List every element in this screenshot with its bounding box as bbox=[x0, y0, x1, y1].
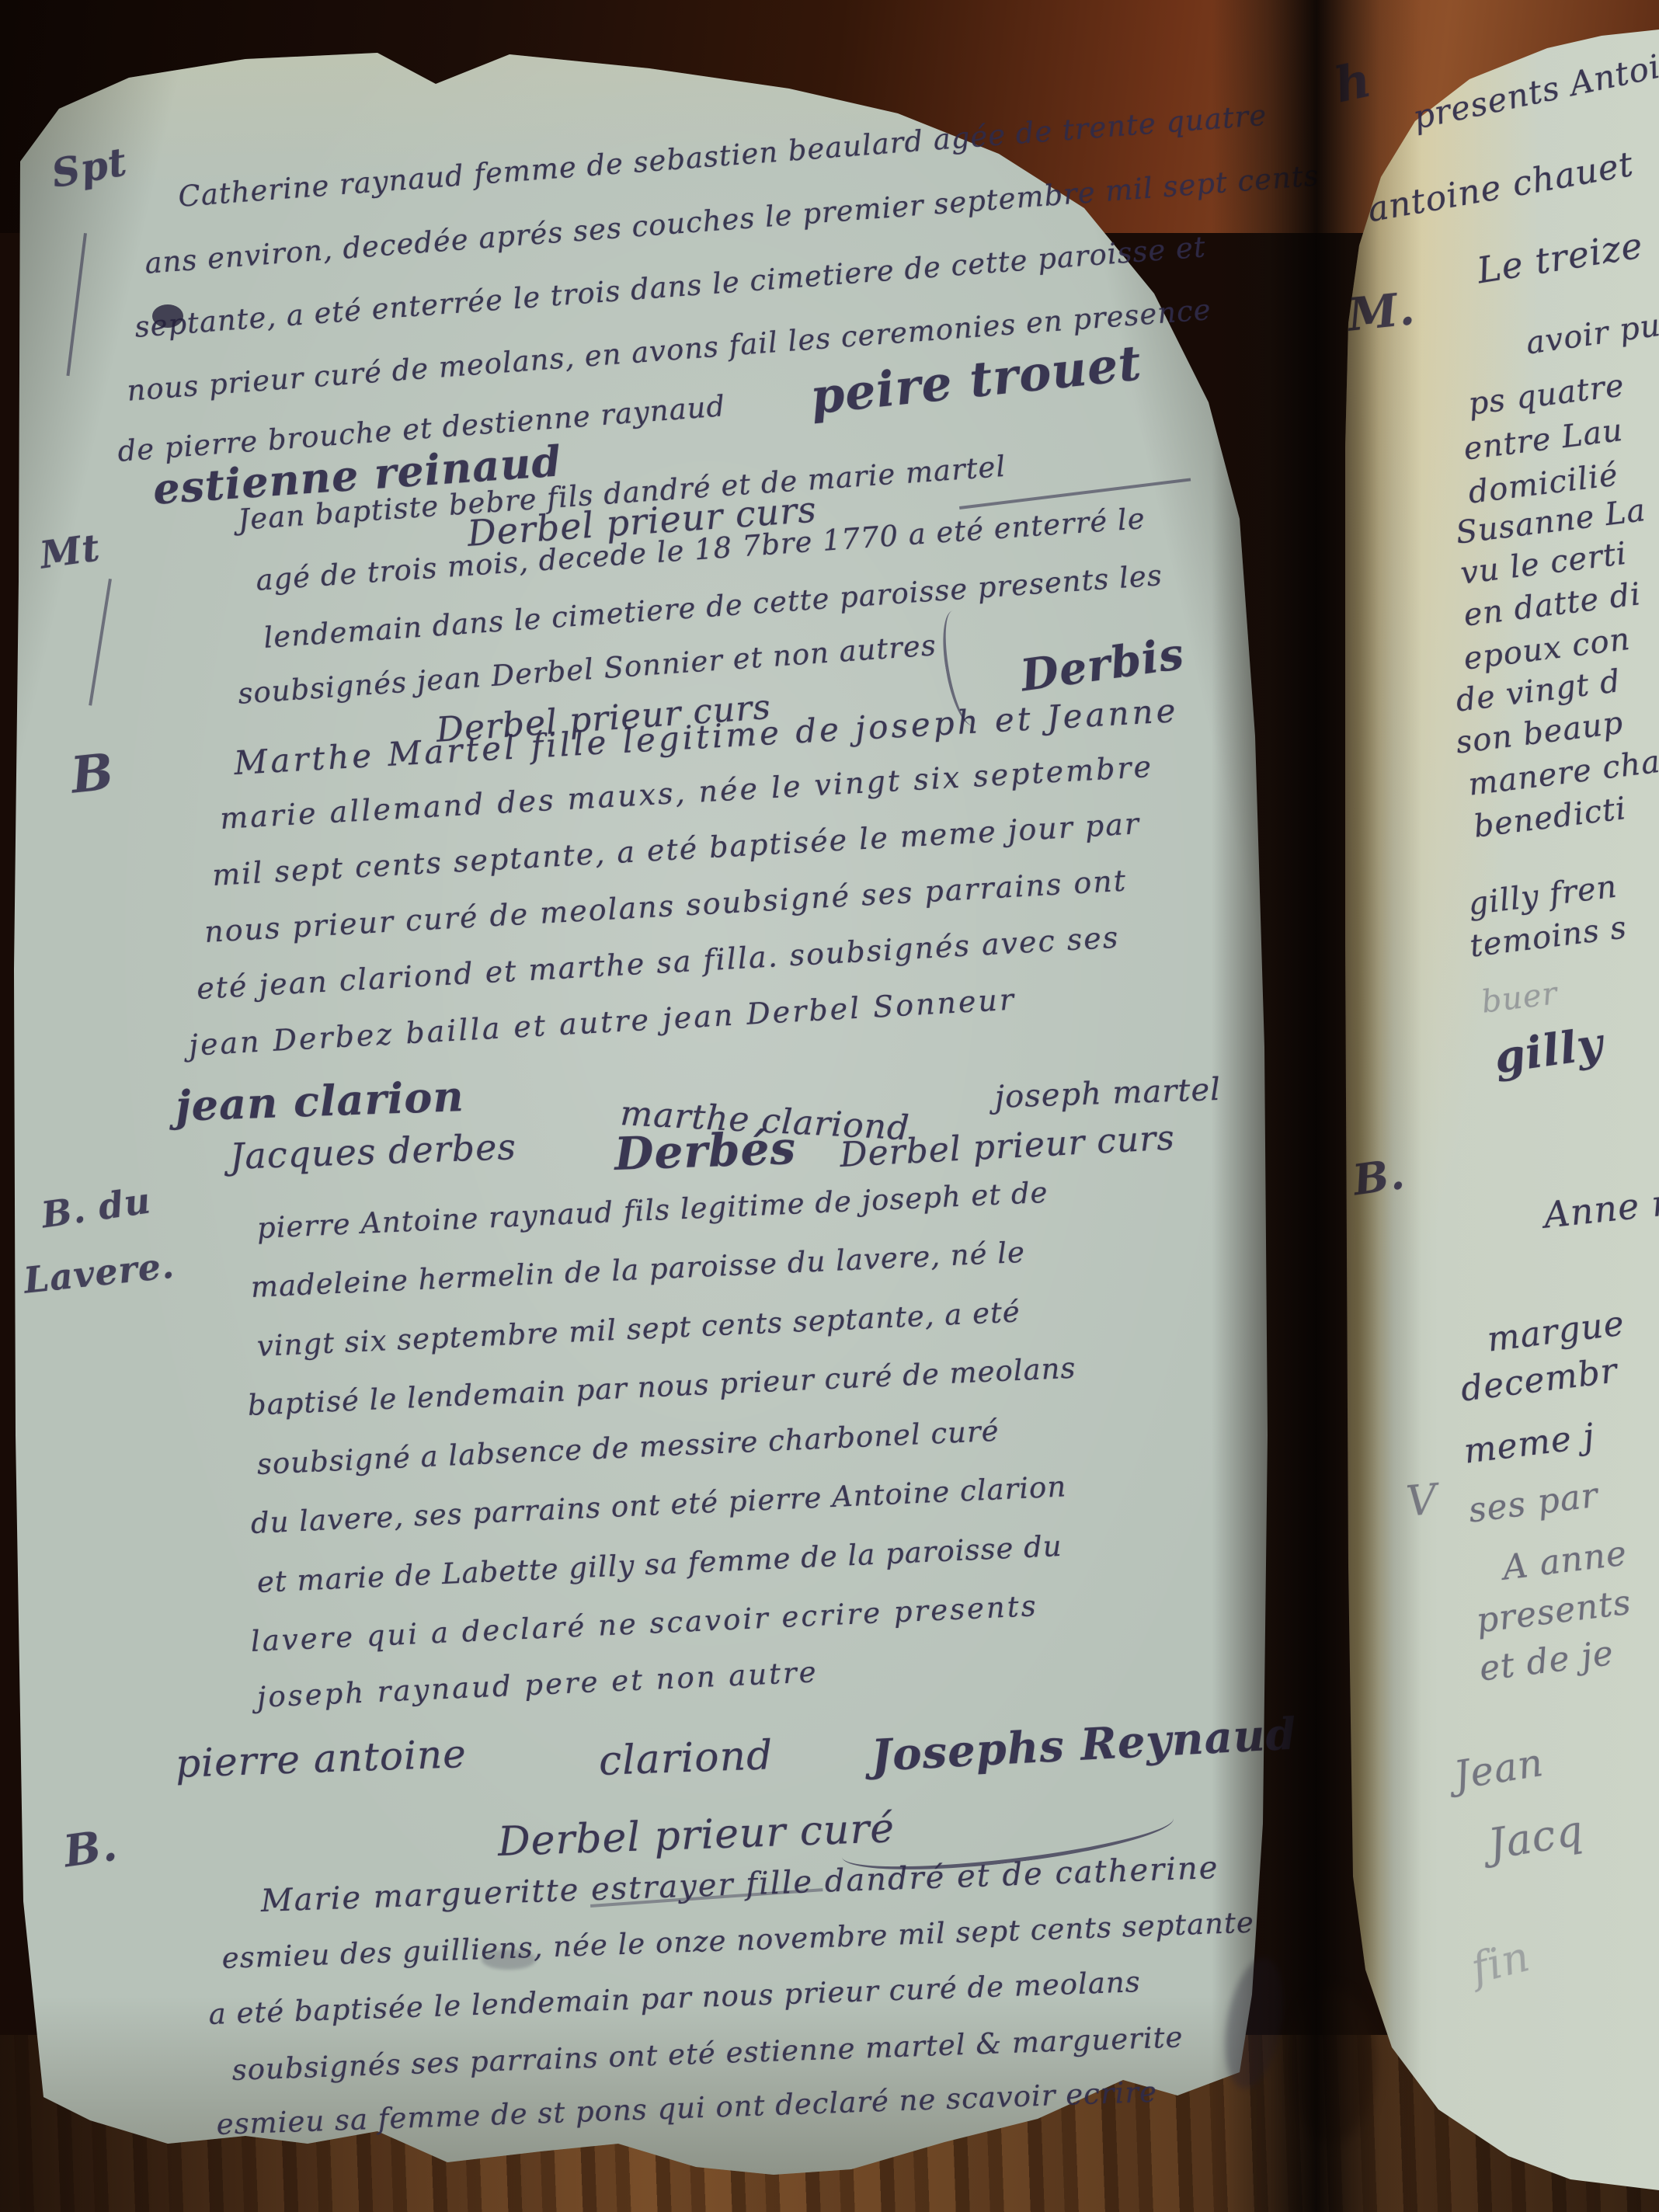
margin-mark-baptism-1: B bbox=[68, 743, 117, 805]
signature: Derbés bbox=[614, 1122, 797, 1181]
margin-mark-baptism-2: B. bbox=[61, 1819, 120, 1877]
gutter-shadow bbox=[1212, 0, 1421, 2212]
ink-smudge bbox=[482, 1949, 536, 1970]
margin-mark-burial-2: Mt bbox=[37, 526, 103, 577]
signature: jean clarion bbox=[175, 1071, 465, 1131]
photo-of-register: Spt Catherine raynaud femme de sebastien… bbox=[0, 0, 1659, 2212]
ink-blot bbox=[152, 304, 183, 328]
signature: clariond bbox=[598, 1732, 774, 1785]
